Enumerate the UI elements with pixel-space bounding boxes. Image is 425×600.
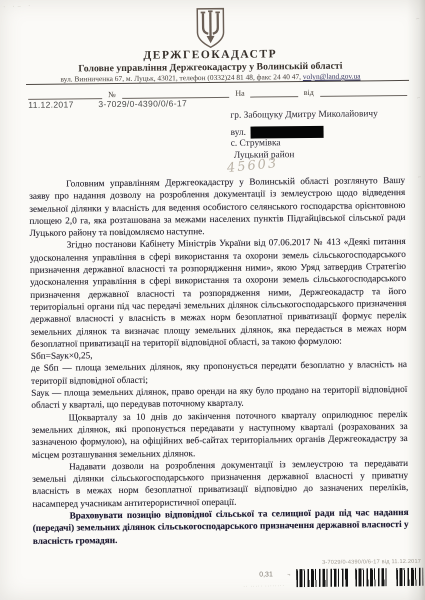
na-label: На — [233, 89, 246, 98]
outgoing-ref: 11.12.2017 3-7029/0-4390/0/6-17 — [28, 98, 187, 110]
letter-body: Головним управлінням Держгеокадастру у В… — [29, 175, 409, 548]
weight-value: 0,31 — [259, 571, 273, 578]
addressee-name: гр. Забощуку Дмитру Миколайовичу — [230, 109, 378, 122]
barcode-caption: 3-7029/0-4390/0/6-17 від 11.12.2017 — [322, 559, 421, 566]
blank-field — [28, 88, 102, 100]
addressee-block: гр. Забощуку Дмитру Миколайовичу вул. с.… — [230, 109, 378, 162]
resolution-paragraph: Враховувати позицію відповідної сільсько… — [33, 507, 409, 548]
blank-field — [251, 86, 298, 97]
body-paragraph: Головним управлінням Держгеокадастру у В… — [29, 175, 406, 240]
body-paragraph: Згідно постанови Кабінету Міністрів Укра… — [30, 236, 407, 351]
number-sign-label: № — [106, 90, 118, 99]
reference-line: № На від — [28, 84, 407, 100]
registrar-fine-print: ·· ····· ········ — [243, 583, 285, 588]
barcode-bars — [396, 568, 423, 586]
letter-content: · ·– · ι ι ι ДЕРЖГЕОКАДАСТР Головне — [0, 0, 425, 600]
redaction-box — [251, 125, 324, 138]
body-paragraph: Надавати дозволи на розроблення документ… — [32, 458, 408, 511]
letter-date: 11.12.2017 — [28, 99, 73, 109]
registration-barcode — [296, 568, 423, 587]
blank-field — [122, 87, 230, 99]
barcode-bars — [355, 568, 389, 586]
body-paragraph: Щокварталу за 10 днів до закінчення пото… — [31, 409, 407, 462]
scanned-letter-page: · ·– · ι ι ι ДЕРЖГЕОКАДАСТР Головне — [0, 0, 425, 600]
blank-field — [320, 85, 408, 97]
barcode-side-mark: г — [286, 574, 291, 576]
barcode-bars — [296, 569, 348, 588]
letter-number: 3-7029/0-4390/0/6-17 — [98, 98, 187, 109]
vid-label: від — [302, 88, 316, 97]
